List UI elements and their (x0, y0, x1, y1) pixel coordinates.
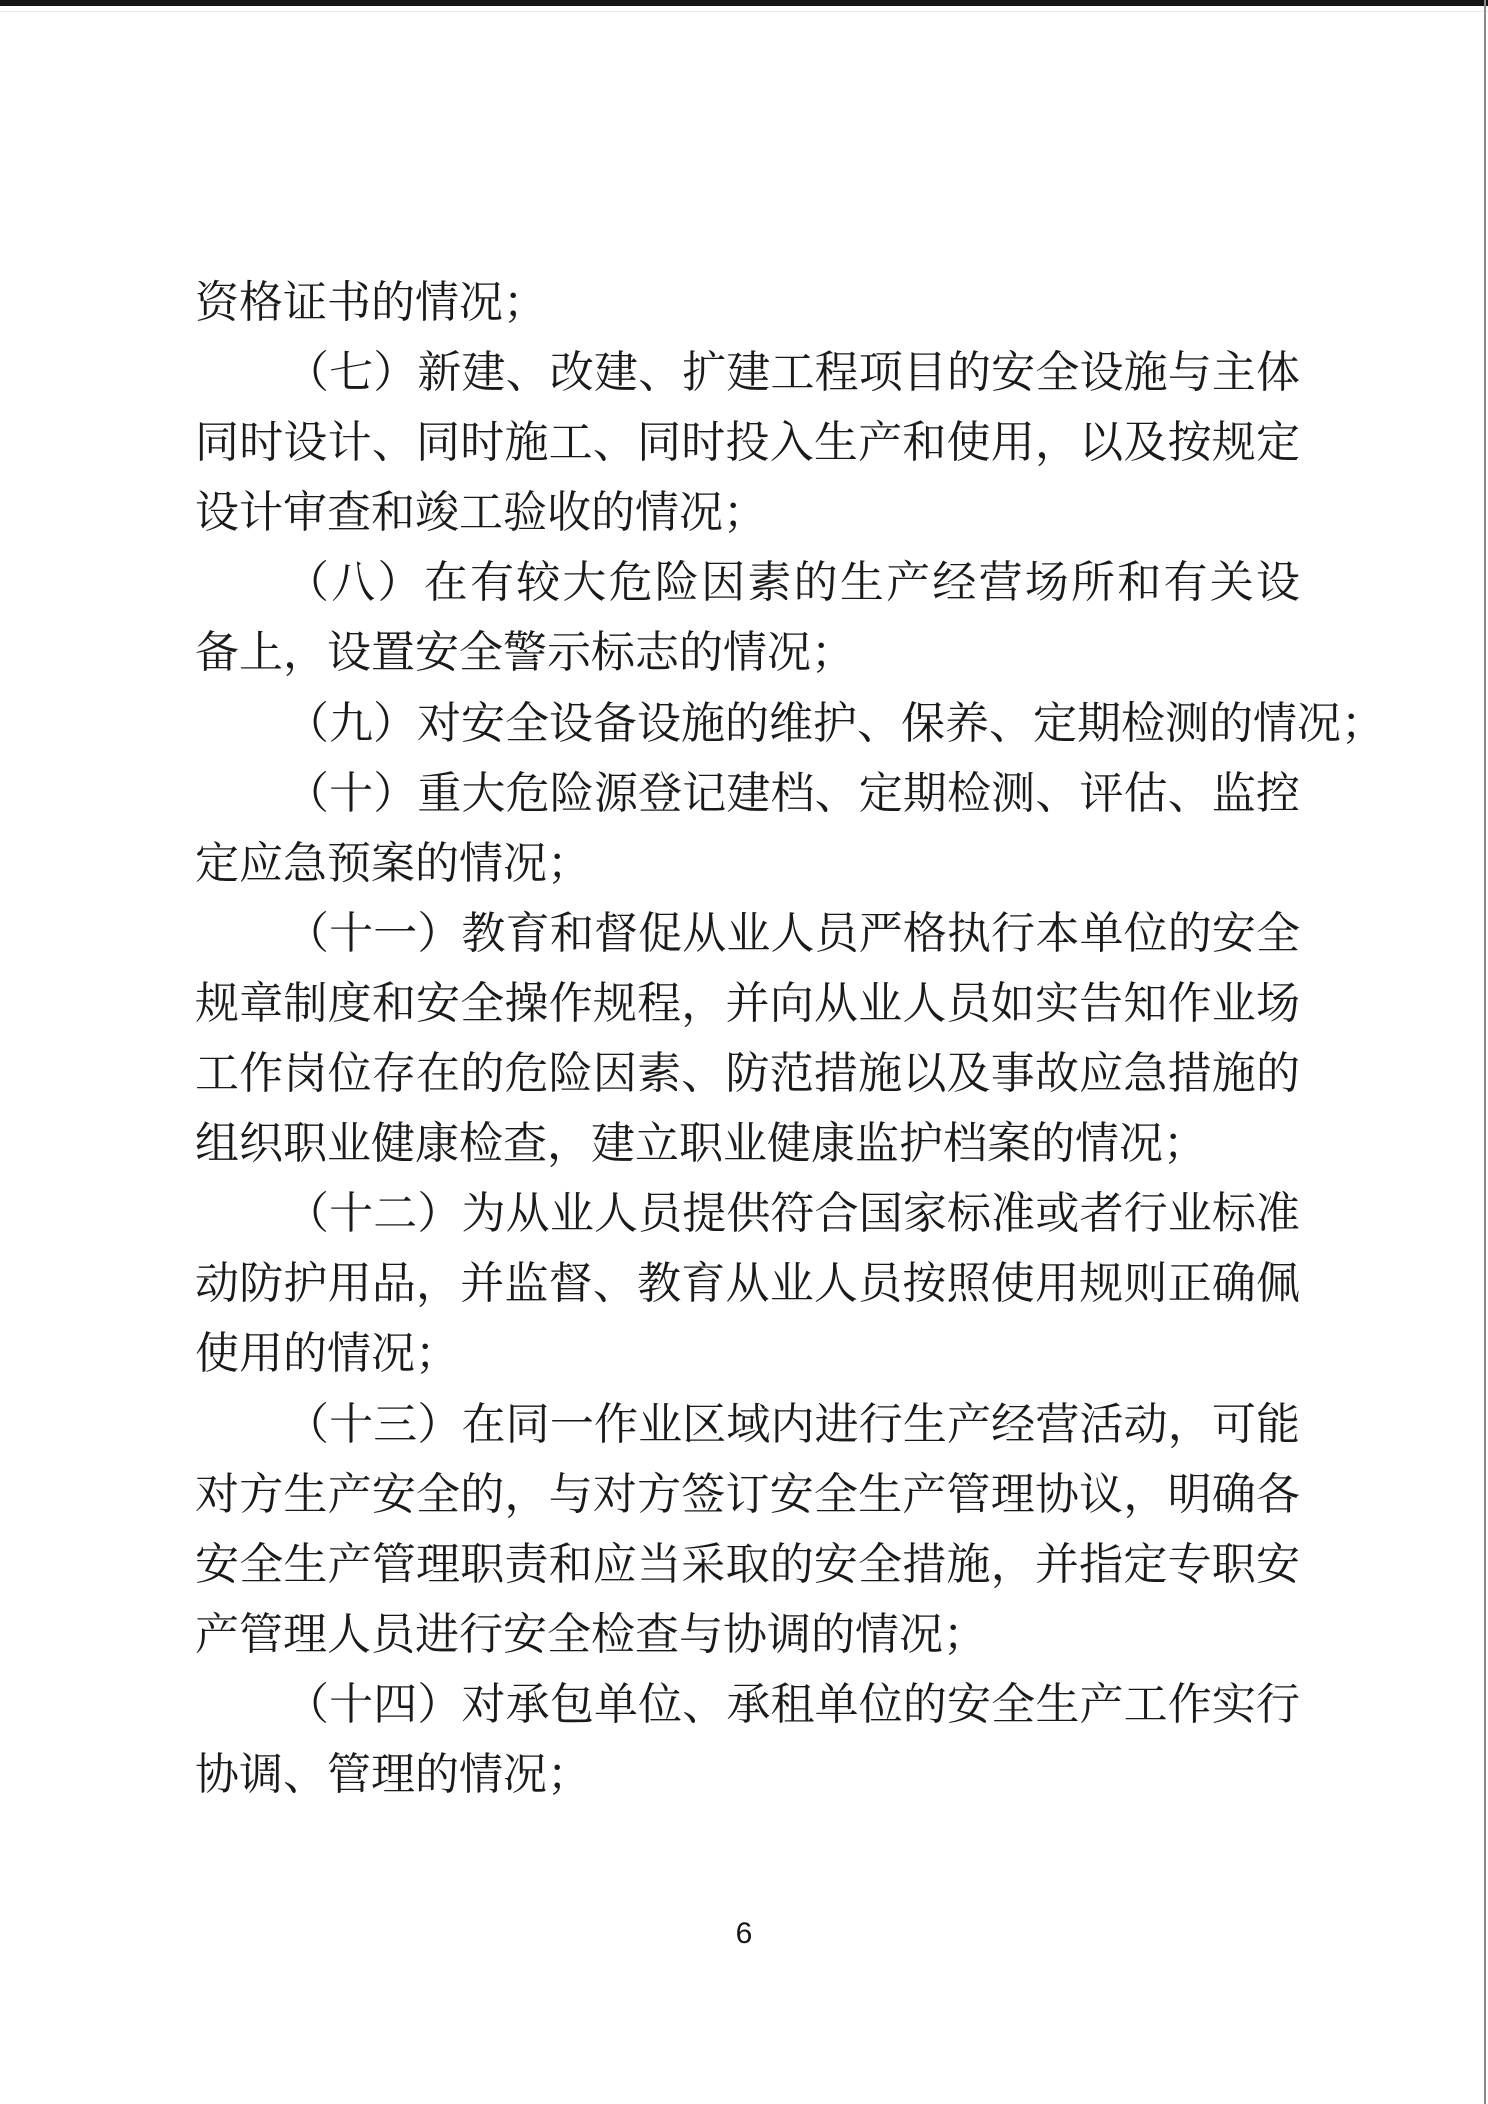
text-line: 安全生产管理职责和应当采取的安全措施，并指定专职安全生 (195, 1530, 1300, 1600)
text-line: 备上，设置安全警示标志的情况； (195, 618, 1300, 688)
text-line: （十）重大危险源登记建档、定期检测、评估、监控和制 (195, 759, 1300, 829)
text-line: （八）在有较大危险因素的生产经营场所和有关设施、设 (195, 548, 1300, 618)
text-line: （九）对安全设备设施的维护、保养、定期检测的情况； (195, 689, 1300, 759)
text-line: 同时设计、同时施工、同时投入生产和使用，以及按规定办理 (195, 408, 1300, 478)
text-line: 工作岗位存在的危险因素、防范措施以及事故应急措施的情况， (195, 1039, 1300, 1109)
text-line: （十三）在同一作业区域内进行生产经营活动，可能危及 (195, 1390, 1300, 1460)
text-line: 产管理人员进行安全检查与协调的情况； (195, 1600, 1300, 1670)
text-line: 协调、管理的情况； (195, 1740, 1300, 1810)
text-line: （七）新建、改建、扩建工程项目的安全设施与主体工程 (195, 338, 1300, 408)
text-line: 设计审查和竣工验收的情况； (195, 478, 1300, 548)
text-line: 使用的情况； (195, 1319, 1300, 1389)
text-line: （十四）对承包单位、承租单位的安全生产工作实行统一 (195, 1670, 1300, 1740)
text-line: 组织职业健康检查，建立职业健康监护档案的情况； (195, 1109, 1300, 1179)
page-right-edge (1484, 0, 1486, 2104)
text-line: 定应急预案的情况； (195, 829, 1300, 899)
text-line: 规章制度和安全操作规程，并向从业人员如实告知作业场所和 (195, 969, 1300, 1039)
page-number: 6 (0, 1916, 1488, 1952)
text-line: （十一）教育和督促从业人员严格执行本单位的安全生产 (195, 899, 1300, 969)
page-top-edge (0, 0, 1488, 6)
document-body: 资格证书的情况； （七）新建、改建、扩建工程项目的安全设施与主体工程 同时设计、… (195, 268, 1300, 1810)
page-top-hairline (0, 11, 1488, 12)
text-line: 对方生产安全的，与对方签订安全生产管理协议，明确各自的 (195, 1460, 1300, 1530)
text-line: 资格证书的情况； (195, 268, 1300, 338)
text-line: （十二）为从业人员提供符合国家标准或者行业标准的劳 (195, 1179, 1300, 1249)
text-line: 动防护用品，并监督、教育从业人员按照使用规则正确佩戴和 (195, 1249, 1300, 1319)
